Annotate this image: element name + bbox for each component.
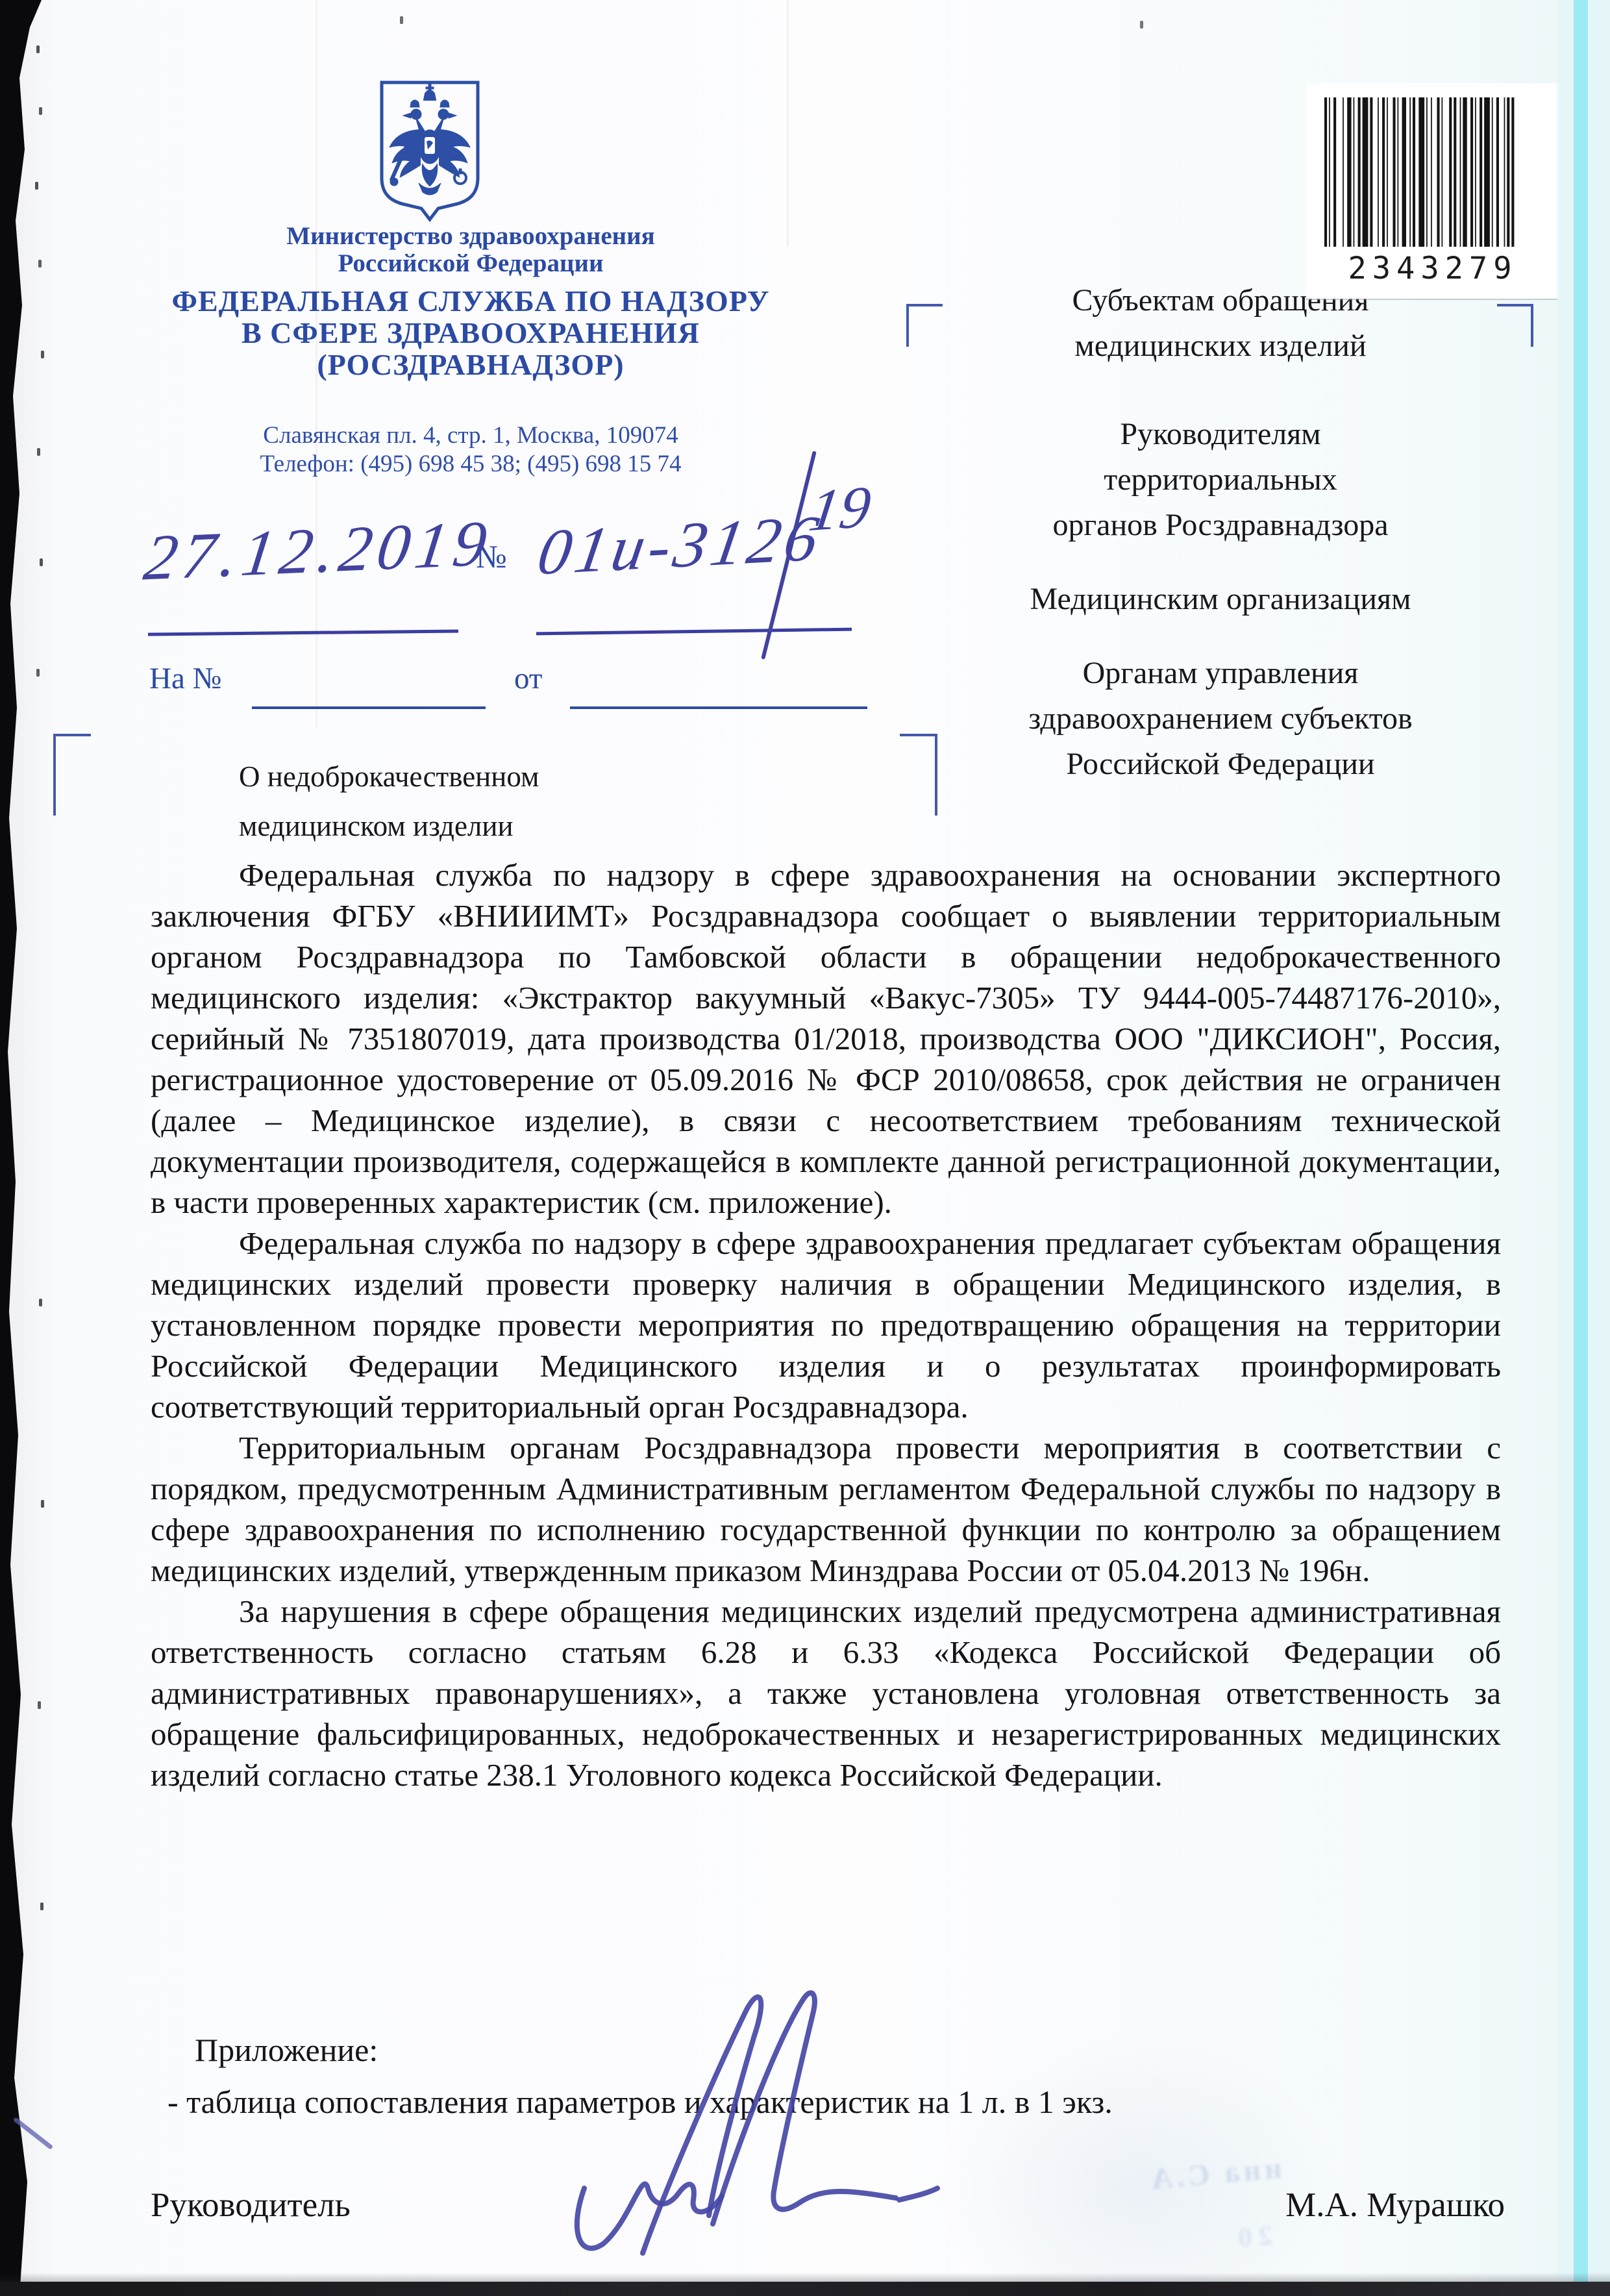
- recipient-4-line1: Органам управления: [902, 651, 1539, 696]
- service-name-line3: (РОСЗДРАВНАДЗОР): [104, 349, 837, 381]
- signer-title: Руководитель: [151, 2186, 351, 2225]
- scanner-cyan-stripe: [1574, 0, 1588, 2296]
- in-reply-to-label: На №: [149, 661, 221, 696]
- handwritten-signature: [545, 1974, 974, 2279]
- letterhead-address: Славянская пл. 4, стр. 1, Москва, 109074: [104, 422, 837, 449]
- handwritten-number-suffix: 19: [805, 472, 875, 545]
- recipient-2-line2: территориальных: [902, 457, 1539, 503]
- russian-coat-of-arms-icon: [378, 79, 481, 223]
- from-blank-line: [570, 706, 867, 709]
- torn-paper-left-edge: [0, 0, 45, 2296]
- recipient-4-line2: здравоохранением субъектов: [902, 696, 1539, 742]
- recipient-1-line2: медицинских изделий: [902, 323, 1539, 369]
- subject-line1: О недоброкачественном: [239, 752, 823, 801]
- letter-body: Федеральная служба по надзору в сфере зд…: [151, 855, 1501, 1795]
- recipient-4-line3: Российской Федерации: [902, 742, 1539, 787]
- attachment-label: Приложение:: [195, 2031, 378, 2069]
- body-paragraph-4: За нарушения в сфере обращения медицинск…: [151, 1591, 1501, 1795]
- date-underline: [148, 629, 458, 636]
- scanned-letter-page: ина С.А 20: [0, 0, 1610, 2296]
- paper-crease: [787, 0, 789, 247]
- in-reply-to-blank-line: [252, 706, 486, 709]
- recipient-2-line1: Руководителям: [902, 412, 1539, 457]
- recipient-2-line3: органов Росздравнадзора: [902, 503, 1539, 548]
- body-paragraph-2: Федеральная служба по надзору в сфере зд…: [151, 1223, 1501, 1427]
- ministry-name-line2: Российской Федерации: [104, 251, 837, 277]
- service-name-line2: В СФЕРЕ ЗДРАВООХРАНЕНИЯ: [104, 318, 837, 349]
- subject-line2: медицинском изделии: [239, 801, 823, 851]
- ministry-name-line1: Министерство здравоохранения: [104, 223, 837, 249]
- barcode-sticker: 2343279: [1306, 83, 1559, 299]
- dust-specks: [36, 45, 40, 53]
- body-paragraph-1: Федеральная служба по надзору в сфере зд…: [151, 855, 1501, 1223]
- letterhead-phone: Телефон: (495) 698 45 38; (495) 698 15 7…: [104, 451, 837, 478]
- signer-name: М.А. Мурашко: [1285, 2186, 1505, 2225]
- barcode-icon: [1324, 97, 1515, 247]
- number-underline: [536, 628, 852, 636]
- service-name-line1: ФЕДЕРАЛЬНАЯ СЛУЖБА ПО НАДЗОРУ: [104, 286, 837, 317]
- handwritten-date: 27.12.2019: [140, 505, 497, 595]
- barcode-number: 2343279: [1306, 251, 1559, 286]
- recipient-3-line1: Медицинским организациям: [902, 577, 1539, 622]
- body-paragraph-3: Территориальным органам Росздравнадзора …: [151, 1427, 1501, 1591]
- scan-bottom-edge: [0, 2282, 1610, 2296]
- scan-bottom-shadow: [0, 2273, 1610, 2282]
- from-label: от: [514, 661, 542, 696]
